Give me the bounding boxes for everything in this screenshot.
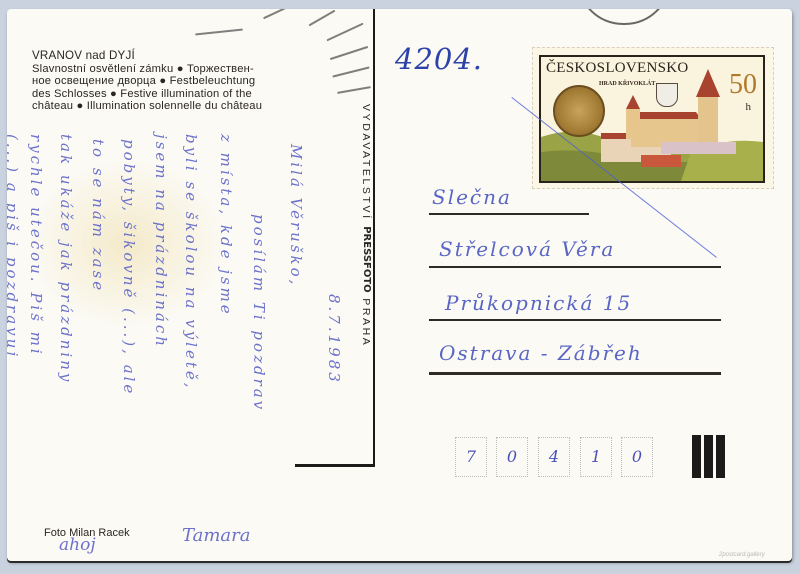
postal-code-digit: 0 bbox=[496, 437, 528, 477]
message-line: pobyty, šikovně (...), ale bbox=[120, 139, 138, 396]
closing-word: ahoj bbox=[59, 535, 96, 555]
caption-line: château ● Illumination solennelle du châ… bbox=[32, 100, 362, 113]
message-line: rychle utečou. Piš mi bbox=[27, 134, 45, 357]
message-line: to se nám zase bbox=[89, 139, 107, 293]
message-line: posílám Ti pozdrav bbox=[250, 214, 268, 412]
caption-line: Slavnostní osvětlení zámku ● Торжествен- bbox=[32, 63, 362, 76]
caption-line: ное освещение дворца ● Festbeleuchtung bbox=[32, 75, 362, 88]
publisher-city: PRAHA bbox=[360, 298, 372, 347]
address-line-4: Ostrava - Zábřeh bbox=[439, 341, 643, 365]
address-rule bbox=[429, 213, 589, 215]
message-line: byli se školou na výletě, bbox=[182, 134, 200, 391]
postal-code-digit: 4 bbox=[538, 437, 570, 477]
stamp-frame: ČESKOSLOVENSKO HRAD KŘIVOKLÁT 50 h bbox=[539, 55, 765, 183]
stamp-unit: h bbox=[746, 101, 752, 113]
message-line: z místa, kde jsme bbox=[217, 134, 235, 317]
caption-line: des Schlosses ● Festive illumination of … bbox=[32, 88, 362, 101]
postage-stamp: ČESKOSLOVENSKO HRAD KŘIVOKLÁT 50 h bbox=[532, 47, 774, 189]
postal-code-digit: 0 bbox=[621, 437, 653, 477]
message-line: Milá Věruško, bbox=[287, 144, 305, 287]
front-caption: VRANOV nad DYJÍ Slavnostní osvětlení zám… bbox=[32, 50, 362, 113]
message-line: (...) a piš i pozdravuj bbox=[7, 134, 21, 359]
cancel-wave-mark bbox=[195, 28, 243, 35]
cancel-wave-mark bbox=[309, 10, 336, 27]
watermark: 2postcard.gallery bbox=[719, 552, 765, 558]
address-rule bbox=[429, 266, 721, 268]
divider-foot bbox=[295, 464, 375, 467]
signature: Tamara bbox=[182, 525, 250, 546]
address-rule bbox=[429, 372, 721, 375]
pressfoto-logo: PRESSFOTO bbox=[361, 226, 372, 292]
address-line-3: Průkopnická 15 bbox=[445, 291, 632, 315]
reference-number: 4204. bbox=[395, 42, 483, 76]
message-line: jsem na prázdninách bbox=[152, 134, 170, 349]
stamp-country: ČESKOSLOVENSKO bbox=[546, 60, 689, 77]
publisher-prefix: VYDAVATELSTVÍ bbox=[360, 104, 372, 221]
coat-of-arms-icon bbox=[656, 83, 678, 107]
postal-code-digit: 7 bbox=[455, 437, 487, 477]
stamp-value: 50 bbox=[729, 69, 757, 101]
message-line: tak ukáže jak prázdniny bbox=[57, 134, 75, 384]
publisher-imprint: VYDAVATELSTVÍ PRESSFOTO PRAHA bbox=[360, 104, 372, 347]
seal-icon bbox=[553, 85, 605, 137]
stamp-subtitle: HRAD KŘIVOKLÁT bbox=[599, 81, 655, 87]
message-date: 8.7.1983 bbox=[325, 294, 343, 385]
postal-code-bars bbox=[692, 435, 728, 483]
address-rule bbox=[429, 319, 721, 321]
caption-title: VRANOV nad DYJÍ bbox=[32, 50, 362, 63]
postcard-back: VRANOV nad DYJÍ Slavnostní osvětlení zám… bbox=[7, 9, 792, 561]
center-divider bbox=[373, 9, 375, 466]
cancel-wave-mark bbox=[326, 23, 363, 42]
cancel-wave-mark bbox=[263, 9, 291, 19]
address-line-2: Střelcová Věra bbox=[439, 237, 615, 261]
address-line-1: Slečna bbox=[432, 185, 512, 209]
postal-code-digit: 1 bbox=[580, 437, 612, 477]
postmark bbox=[577, 9, 671, 25]
